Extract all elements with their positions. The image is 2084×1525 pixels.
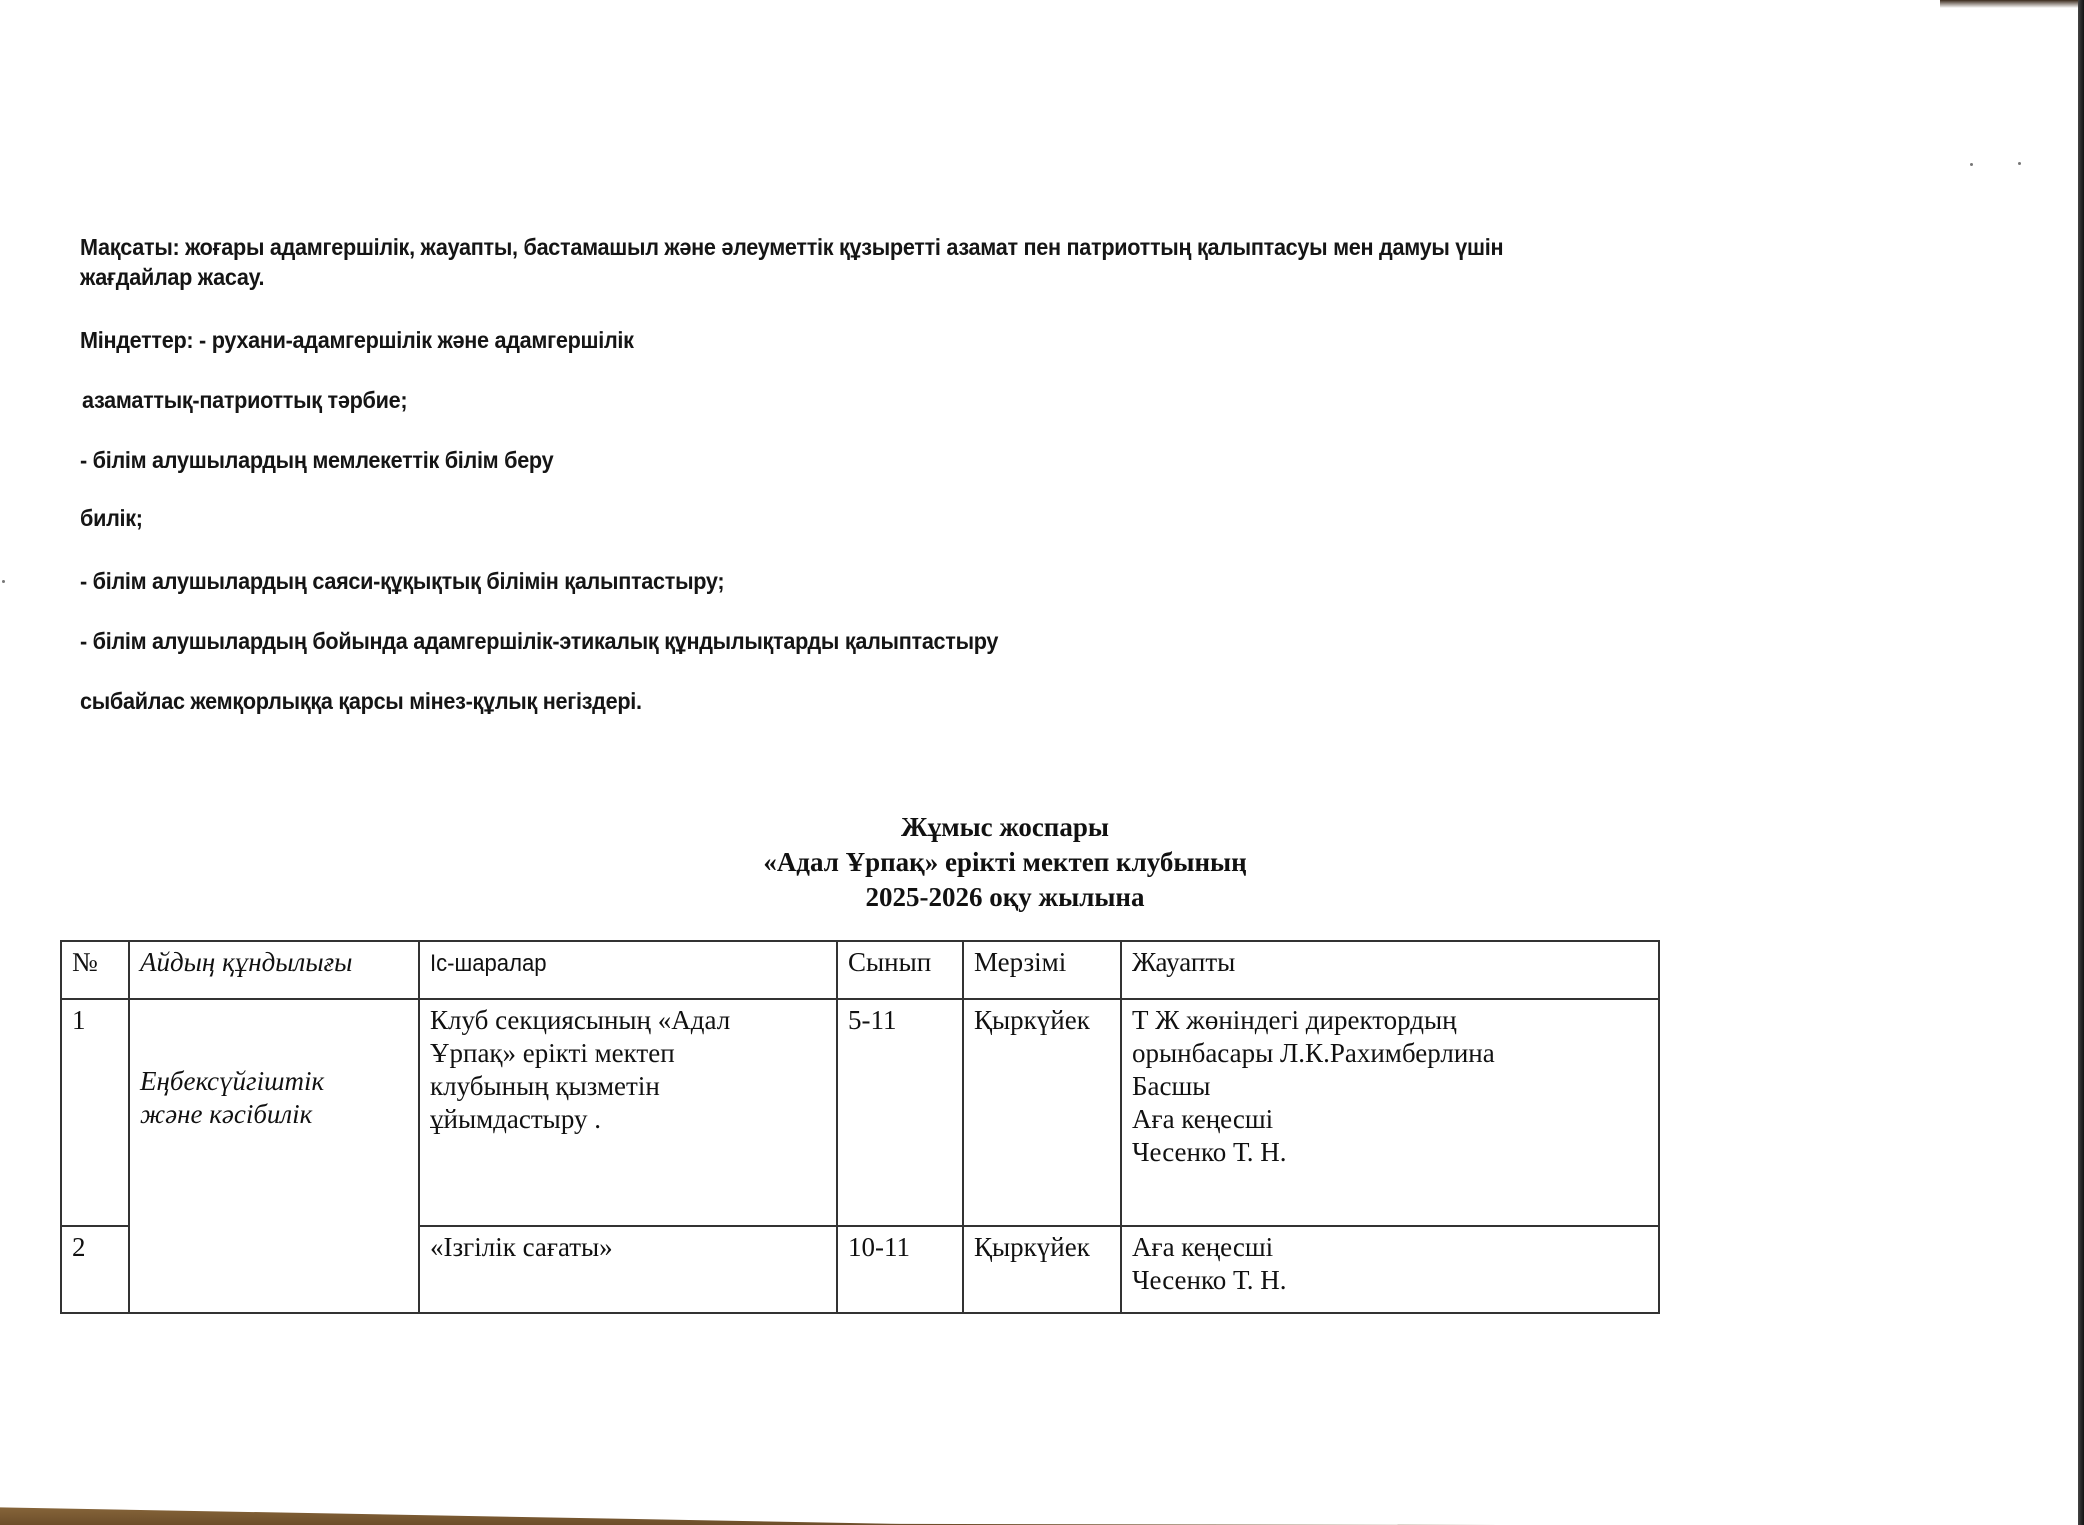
- cell-date: Қыркүйек: [963, 1226, 1121, 1313]
- plan-heading-club: «Адал Ұрпақ» ерікті мектеп клубының: [0, 845, 2010, 880]
- responsible-line: орынбасары Л.К.Рахимберлина: [1132, 1037, 1648, 1070]
- activity-line: Клуб секциясының «Адал: [430, 1004, 826, 1037]
- tasks-line-5: - білім алушылардың саяси-құқықтық білім…: [80, 566, 724, 596]
- activity-line: Ұрпақ» ерікті мектеп: [430, 1037, 826, 1070]
- responsible-line: Чесенко Т. Н.: [1132, 1264, 1648, 1297]
- responsible-line: Аға кеңесші: [1132, 1231, 1648, 1264]
- responsible-line: Чесенко Т. Н.: [1132, 1136, 1648, 1169]
- cell-activity: «Ізгілік сағаты»: [419, 1226, 837, 1313]
- table-row: 1 Еңбексүйгіштік және кәсібилік Клуб сек…: [61, 999, 1659, 1226]
- scan-speck: [1970, 163, 1973, 166]
- scan-background-desk: [0, 1503, 1500, 1525]
- responsible-line: Аға кеңесші: [1132, 1103, 1648, 1136]
- goal-line-2: жағдайлар жасау.: [80, 262, 264, 292]
- header-responsible: Жауапты: [1121, 941, 1659, 999]
- header-number: №: [61, 941, 129, 999]
- scan-edge-right: [2078, 0, 2084, 1525]
- cell-number: 1: [61, 999, 129, 1226]
- cell-number: 2: [61, 1226, 129, 1313]
- month-value-line: Еңбексүйгіштік: [140, 1065, 408, 1098]
- scan-speck: [2018, 162, 2021, 165]
- activity-line: ұйымдастыру .: [430, 1103, 826, 1136]
- table-header-row: № Айдың құндылығы Іс-шаралар Сынып Мерзі…: [61, 941, 1659, 999]
- responsible-line: Т Ж жөніндегі директордың: [1132, 1004, 1648, 1037]
- tasks-line-2: азаматтық-патриоттық тәрбие;: [82, 385, 407, 415]
- cell-responsible: Аға кеңесші Чесенко Т. Н.: [1121, 1226, 1659, 1313]
- plan-heading-year: 2025-2026 оқу жылына: [0, 880, 2010, 915]
- cell-grade: 10-11: [837, 1226, 963, 1313]
- header-date: Мерзімі: [963, 941, 1121, 999]
- header-grade: Сынып: [837, 941, 963, 999]
- work-plan-table: № Айдың құндылығы Іс-шаралар Сынып Мерзі…: [60, 940, 1660, 1314]
- activity-line: «Ізгілік сағаты»: [430, 1231, 826, 1264]
- scan-edge-top: [1940, 0, 2084, 8]
- goal-line-1: Мақсаты: жоғары адамгершілік, жауапты, б…: [80, 232, 1503, 262]
- responsible-line: Басшы: [1132, 1070, 1648, 1103]
- tasks-line-4: билік;: [80, 503, 143, 533]
- month-value-line: және кәсібилік: [140, 1098, 408, 1131]
- header-activities: Іс-шаралар: [419, 941, 837, 999]
- scan-speck: [2, 580, 5, 583]
- tasks-line-6: - білім алушылардың бойында адамгершілік…: [80, 626, 998, 656]
- cell-month-value: Еңбексүйгіштік және кәсібилік: [129, 999, 419, 1313]
- cell-activity: Клуб секциясының «Адал Ұрпақ» ерікті мек…: [419, 999, 837, 1226]
- tasks-line-1: Міндеттер: - рухани-адамгершілік және ад…: [80, 325, 634, 355]
- plan-heading-title: Жұмыс жоспары: [0, 810, 2010, 845]
- plan-heading: Жұмыс жоспары «Адал Ұрпақ» ерікті мектеп…: [0, 810, 2010, 915]
- cell-grade: 5-11: [837, 999, 963, 1226]
- header-activities-label: Іс-шаралар: [430, 947, 547, 980]
- activity-line: клубының қызметін: [430, 1070, 826, 1103]
- header-month-value: Айдың құндылығы: [129, 941, 419, 999]
- cell-responsible: Т Ж жөніндегі директордың орынбасары Л.К…: [1121, 999, 1659, 1226]
- cell-date: Қыркүйек: [963, 999, 1121, 1226]
- tasks-line-7: сыбайлас жемқорлыққа қарсы мінез-құлық н…: [80, 686, 642, 716]
- tasks-line-3: - білім алушылардың мемлекеттік білім бе…: [80, 445, 553, 475]
